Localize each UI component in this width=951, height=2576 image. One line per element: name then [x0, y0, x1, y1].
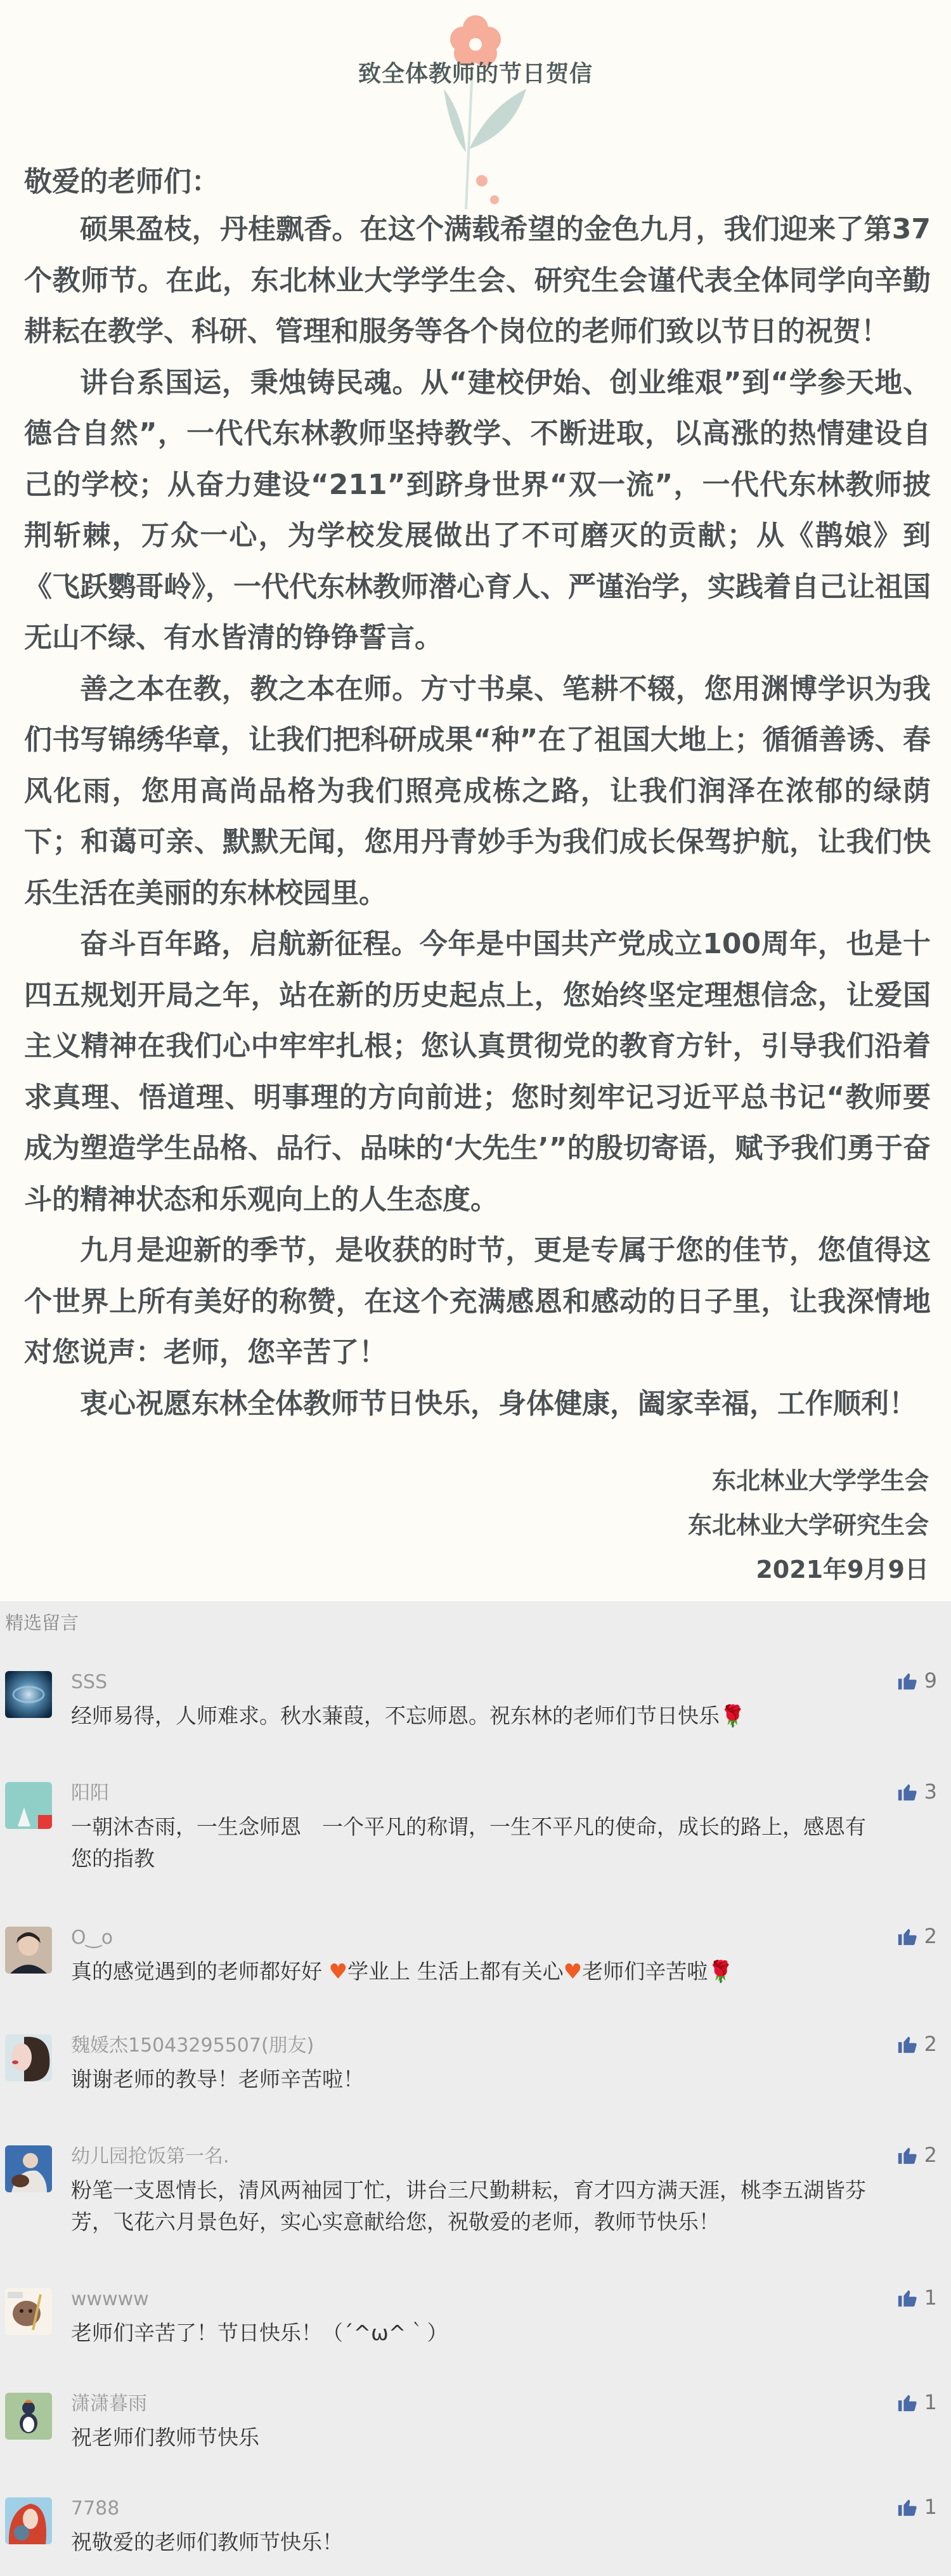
thumbs-up-icon [896, 2496, 918, 2518]
like-count: 2 [924, 2032, 937, 2056]
comment-item: 魏媛杰15043295507(朋友) 谢谢老师的教导！老师辛苦啦！ 2 [0, 2031, 951, 2142]
like-count: 1 [924, 2390, 937, 2414]
thumbs-up-icon [896, 1670, 918, 1691]
thumbs-up-icon [896, 1925, 918, 1947]
comment-item: wwwww 老师们辛苦了！节日快乐！（´^ω^｀） 1 [0, 2284, 951, 2389]
comment-author[interactable]: 潇潇暮雨 [71, 2390, 869, 2418]
comment-text: 祝老师们教师节快乐 [71, 2422, 869, 2454]
letter-paragraph: 讲台系国运，秉烛铸民魂。从“建校伊始、创业维艰”到“学参天地、德合自然”，一代代… [24, 358, 931, 664]
thumbs-up-icon [896, 2144, 918, 2166]
signature-date: 2021年9月9日 [688, 1547, 929, 1592]
like-count: 2 [924, 1924, 937, 1948]
featured-comments-section: 精选留言 SSS 经师易得，人师难求。秋水蒹葭，不忘师恩。祝东林的老师们节日快乐… [0, 1601, 951, 2576]
comment-text: 粉笔一支恩情长，清风两袖园丁忙，讲台三尺勤耕耘，育才四方满天涯，桃李五湖皆芬芳，… [71, 2175, 869, 2238]
letter-title: 致全体教师的节日贺信 [0, 56, 951, 88]
like-button[interactable]: 9 [896, 1669, 937, 1693]
comment-item: SSS 经师易得，人师难求。秋水蒹葭，不忘师恩。祝东林的老师们节日快乐🌹 9 [0, 1667, 951, 1778]
comment-text: 老师们辛苦了！节日快乐！（´^ω^｀） [71, 2317, 869, 2349]
comment-item: 阳阳 一朝沐杏雨，一生念师恩 一个平凡的称谓，一生不平凡的使命，成长的路上，感恩… [0, 1778, 951, 1923]
thumbs-up-icon [896, 2033, 918, 2055]
like-button[interactable]: 2 [896, 2032, 937, 2056]
comment-author[interactable]: O‿o [71, 1924, 869, 1952]
signature-org-student-union: 东北林业大学学生会 [688, 1459, 929, 1503]
comment-item: 7788 祝敬爱的老师们教师节快乐！ 1 [0, 2494, 951, 2570]
like-count: 3 [924, 1779, 937, 1804]
greeting-letter-image: 致全体教师的节日贺信 敬爱的老师们： 硕果盈枝，丹桂飘香。在这个满载希望的金色九… [0, 0, 951, 1601]
galaxy-avatar[interactable] [5, 1671, 52, 1718]
heart-emoji-icon: ♥ [564, 1959, 583, 1984]
letter-salutation: 敬爱的老师们： [24, 159, 219, 199]
thumbs-up-icon [896, 1781, 918, 1802]
like-button[interactable]: 1 [896, 2286, 937, 2310]
photo-man-avatar[interactable] [5, 2145, 52, 2192]
penguin-avatar[interactable] [5, 2393, 52, 2440]
comment-author[interactable]: 魏媛杰15043295507(朋友) [71, 2032, 869, 2060]
letter-body: 硕果盈枝，丹桂飘香。在这个满载希望的金色九月，我们迎来了第37个教师节。在此，东… [24, 204, 931, 1429]
thumbs-up-icon [896, 2391, 918, 2413]
thumbs-up-icon [896, 2287, 918, 2308]
comment-item: O‿o 真的感觉遇到的老师都好好 ♥学业上 生活上都有关心♥老师们辛苦啦🌹 2 [0, 1923, 951, 2031]
letter-paragraph: 衷心祝愿东林全体教师节日快乐，身体健康，阖家幸福，工作顺利！ [24, 1379, 931, 1430]
letter-paragraph: 奋斗百年路，启航新征程。今年是中国共产党成立100周年，也是十四五规划开局之年，… [24, 919, 931, 1225]
photo-woman-avatar[interactable] [5, 2034, 52, 2081]
comment-author[interactable]: 幼儿园抢饭第一名. [71, 2143, 869, 2171]
photo-girl-avatar[interactable] [5, 1927, 52, 1974]
like-button[interactable]: 3 [896, 1779, 937, 1804]
cartoon-bear-avatar[interactable] [5, 2288, 52, 2335]
signature-org-graduate-union: 东北林业大学研究生会 [688, 1503, 929, 1547]
letter-paragraph: 九月是迎新的季节，是收获的时节，更是专属于您的佳节，您值得这个世界上所有美好的称… [24, 1225, 931, 1379]
comment-text: 经师易得，人师难求。秋水蒹葭，不忘师恩。祝东林的老师们节日快乐🌹 [71, 1700, 869, 1732]
comment-author[interactable]: 7788 [71, 2495, 869, 2523]
like-button[interactable]: 2 [896, 1924, 937, 1948]
comment-item: 幼儿园抢饭第一名. 粉笔一支恩情长，清风两袖园丁忙，讲台三尺勤耕耘，育才四方满天… [0, 2142, 951, 2284]
comment-author[interactable]: SSS [71, 1669, 869, 1696]
comment-text: 真的感觉遇到的老师都好好 ♥学业上 生活上都有关心♥老师们辛苦啦🌹 [71, 1956, 869, 1987]
flower-decoration-icon [406, 6, 545, 209]
letter-signature: 东北林业大学学生会 东北林业大学研究生会 2021年9月9日 [688, 1459, 929, 1592]
comment-author[interactable]: 阳阳 [71, 1779, 869, 1807]
comment-text: 谢谢老师的教导！老师辛苦啦！ [71, 2064, 869, 2095]
teal-illustration-avatar[interactable] [5, 1782, 52, 1829]
comment-text: 祝敬爱的老师们教师节快乐！ [71, 2527, 869, 2558]
comment-author[interactable]: wwwww [71, 2286, 869, 2313]
letter-paragraph: 善之本在教，教之本在师。方寸书桌、笔耕不辍，您用渊博学识为我们书写锦绣华章，让我… [24, 664, 931, 920]
like-count: 9 [924, 1669, 937, 1693]
like-button[interactable]: 1 [896, 2390, 937, 2414]
comment-item: 潇潇暮雨 祝老师们教师节快乐 1 [0, 2389, 951, 2494]
heart-emoji-icon: ♥ [329, 1959, 348, 1984]
comment-text: 一朝沐杏雨，一生念师恩 一个平凡的称谓，一生不平凡的使命，成长的路上，感恩有您的… [71, 1811, 869, 1875]
comments-header: 精选留言 [0, 1610, 951, 1648]
letter-paragraph: 硕果盈枝，丹桂飘香。在这个满载希望的金色九月，我们迎来了第37个教师节。在此，东… [24, 204, 931, 358]
like-count: 1 [924, 2495, 937, 2519]
like-button[interactable]: 2 [896, 2143, 937, 2167]
rose-emoji-icon: 🌹 [720, 1703, 746, 1728]
rose-emoji-icon: 🌹 [708, 1959, 734, 1984]
like-button[interactable]: 1 [896, 2495, 937, 2519]
like-count: 1 [924, 2286, 937, 2310]
like-count: 2 [924, 2143, 937, 2167]
anime-redhair-avatar[interactable] [5, 2497, 52, 2544]
